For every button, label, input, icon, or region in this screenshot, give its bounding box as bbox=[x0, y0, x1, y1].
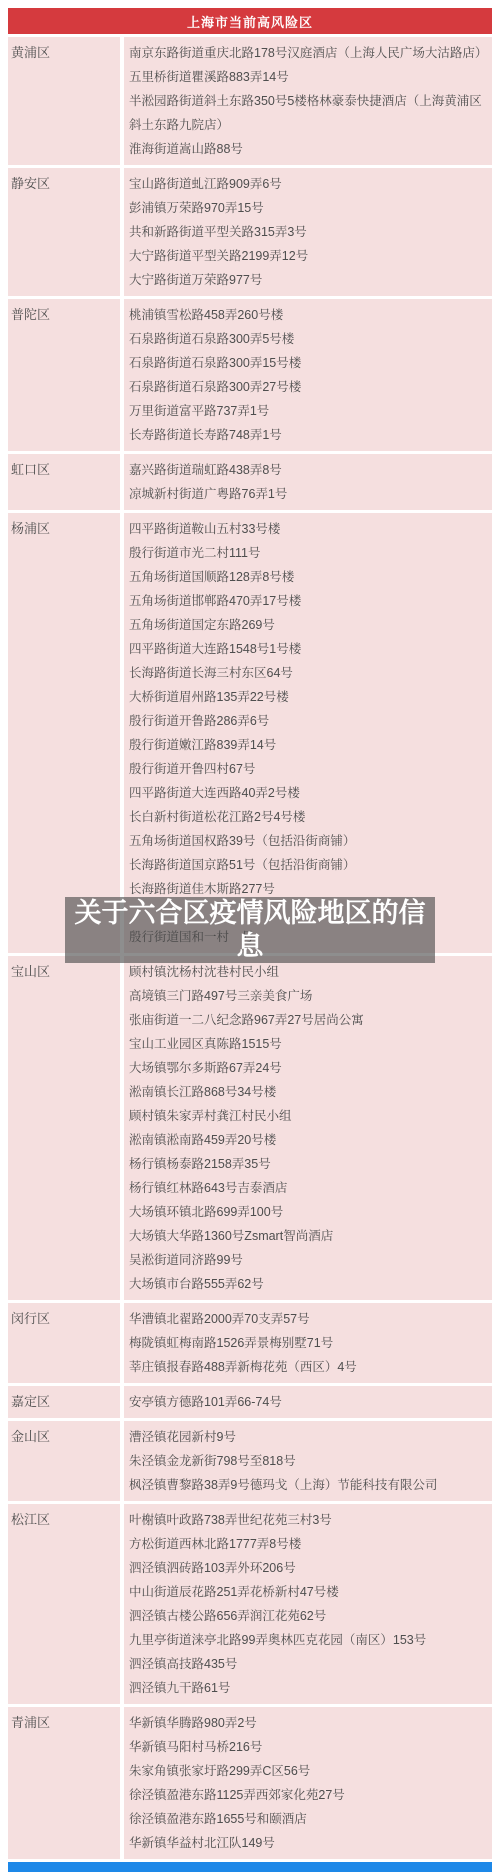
address-row: 张庙街道一二八纪念路967弄27号居尚公寓 bbox=[129, 1008, 484, 1032]
address-row: 共和新路街道平型关路315弄3号 bbox=[129, 220, 484, 244]
address-row: 五角场街道国顺路128弄8号楼 bbox=[129, 565, 484, 589]
address-row: 宝山路街道虬江路909弄6号 bbox=[129, 172, 484, 196]
address-row: 四平路街道大连西路40弄2号楼 bbox=[129, 781, 484, 805]
address-row: 莘庄镇报春路488弄新梅花苑（西区）4号 bbox=[129, 1355, 484, 1379]
address-row: 长海路街道长海三村东区64号 bbox=[129, 661, 484, 685]
address-row: 枫泾镇曹黎路38弄9号德玛戈（上海）节能科技有限公司 bbox=[129, 1473, 484, 1497]
address-row: 殷行街道开鲁路286弄6号 bbox=[129, 709, 484, 733]
address-row: 吴淞街道同济路99号 bbox=[129, 1248, 484, 1272]
address-row: 顾村镇沈杨村沈巷村民小组 bbox=[129, 960, 484, 984]
address-row: 泗泾镇九干路61号 bbox=[129, 1676, 484, 1700]
district-name-cell: 普陀区 bbox=[8, 299, 120, 451]
address-row: 杨行镇杨泰路2158弄35号 bbox=[129, 1152, 484, 1176]
address-row: 长海路街道国京路51号（包括沿街商铺） bbox=[129, 853, 484, 877]
address-cell: 安亭镇方德路101弄66-74号 bbox=[124, 1386, 492, 1418]
address-row: 顾村镇朱家弄村龚江村民小组 bbox=[129, 1104, 484, 1128]
district-group: 青浦区华新镇华腾路980弄2号华新镇马阳村马桥216号朱家角镇张家圩路299弄C… bbox=[8, 1707, 492, 1859]
address-row: 安亭镇方德路101弄66-74号 bbox=[129, 1390, 484, 1414]
district-group: 静安区宝山路街道虬江路909弄6号彭浦镇万荣路970弄15号共和新路街道平型关路… bbox=[8, 168, 492, 296]
address-row: 殷行街道嫩江路839弄14号 bbox=[129, 733, 484, 757]
address-row: 石泉路街道石泉路300弄5号楼 bbox=[129, 327, 484, 351]
bottom-progress-bar bbox=[8, 1862, 492, 1872]
district-name-cell: 青浦区 bbox=[8, 1707, 120, 1859]
video-caption-overlay: 关于六合区疫情风险地区的信息 bbox=[65, 897, 435, 963]
district-name-cell: 闵行区 bbox=[8, 1303, 120, 1383]
address-row: 华新镇华腾路980弄2号 bbox=[129, 1711, 484, 1735]
address-row: 泗泾镇古楼公路656弄润江花苑62号 bbox=[129, 1604, 484, 1628]
address-row: 大场镇环镇北路699弄100号 bbox=[129, 1200, 484, 1224]
address-row: 大宁路街道平型关路2199弄12号 bbox=[129, 244, 484, 268]
address-row: 朱家角镇张家圩路299弄C区56号 bbox=[129, 1759, 484, 1783]
address-row: 朱泾镇金龙新街798号至818号 bbox=[129, 1449, 484, 1473]
address-row: 桃浦镇雪松路458弄260号楼 bbox=[129, 303, 484, 327]
address-row: 殷行街道开鲁四村67号 bbox=[129, 757, 484, 781]
address-row: 高境镇三门路497号三亲美食广场 bbox=[129, 984, 484, 1008]
address-row: 淞南镇淞南路459弄20号楼 bbox=[129, 1128, 484, 1152]
address-row: 大宁路街道万荣路977号 bbox=[129, 268, 484, 292]
address-row: 华漕镇北翟路2000弄70支弄57号 bbox=[129, 1307, 484, 1331]
address-row: 石泉路街道石泉路300弄27号楼 bbox=[129, 375, 484, 399]
address-row: 大桥街道眉州路135弄22号楼 bbox=[129, 685, 484, 709]
address-row: 淞南镇长江路868号34号楼 bbox=[129, 1080, 484, 1104]
address-row: 彭浦镇万荣路970弄15号 bbox=[129, 196, 484, 220]
district-group: 宝山区顾村镇沈杨村沈巷村民小组高境镇三门路497号三亲美食广场张庙街道一二八纪念… bbox=[8, 956, 492, 1300]
district-group: 松江区叶榭镇叶政路738弄世纪花苑三村3号方松街道西林北路1777弄8号楼泗泾镇… bbox=[8, 1504, 492, 1704]
address-row: 中山街道辰花路251弄花桥新村47号楼 bbox=[129, 1580, 484, 1604]
overlay-title: 关于六合区疫情风险地区的信息 bbox=[72, 897, 428, 963]
address-row: 九里亭街道涞亭北路99弄奥林匹克花园（南区）153号 bbox=[129, 1628, 484, 1652]
address-row: 叶榭镇叶政路738弄世纪花苑三村3号 bbox=[129, 1508, 484, 1532]
address-cell: 顾村镇沈杨村沈巷村民小组高境镇三门路497号三亲美食广场张庙街道一二八纪念路96… bbox=[124, 956, 492, 1300]
district-name-cell: 金山区 bbox=[8, 1421, 120, 1501]
address-row: 大场镇市台路555弄62号 bbox=[129, 1272, 484, 1296]
address-row: 泗泾镇泗砖路103弄外环206号 bbox=[129, 1556, 484, 1580]
address-row: 淮海街道嵩山路88号 bbox=[129, 137, 484, 161]
address-row: 五角场街道国定东路269号 bbox=[129, 613, 484, 637]
address-cell: 叶榭镇叶政路738弄世纪花苑三村3号方松街道西林北路1777弄8号楼泗泾镇泗砖路… bbox=[124, 1504, 492, 1704]
risk-area-table-page: 上海市当前高风险区 黄浦区南京东路街道重庆北路178号汉庭酒店（上海人民广场大沽… bbox=[0, 0, 500, 1872]
district-name-cell: 松江区 bbox=[8, 1504, 120, 1704]
address-row: 五角场街道邯郸路470弄17号楼 bbox=[129, 589, 484, 613]
address-row: 宝山工业园区真陈路1515号 bbox=[129, 1032, 484, 1056]
address-row: 长白新村街道松花江路2号4号楼 bbox=[129, 805, 484, 829]
address-cell: 漕泾镇花园新村9号朱泾镇金龙新街798号至818号枫泾镇曹黎路38弄9号德玛戈（… bbox=[124, 1421, 492, 1501]
address-cell: 华新镇华腾路980弄2号华新镇马阳村马桥216号朱家角镇张家圩路299弄C区56… bbox=[124, 1707, 492, 1859]
district-name-cell: 宝山区 bbox=[8, 956, 120, 1300]
address-cell: 南京东路街道重庆北路178号汉庭酒店（上海人民广场大沽路店）五里桥街道瞿溪路88… bbox=[124, 37, 492, 165]
district-name-cell: 黄浦区 bbox=[8, 37, 120, 165]
address-row: 华新镇华益村北江队149号 bbox=[129, 1831, 484, 1855]
district-group: 闵行区华漕镇北翟路2000弄70支弄57号梅陇镇虹梅南路1526弄景梅别墅71号… bbox=[8, 1303, 492, 1383]
address-row: 漕泾镇花园新村9号 bbox=[129, 1425, 484, 1449]
address-row: 四平路街道大连路1548号1号楼 bbox=[129, 637, 484, 661]
address-row: 方松街道西林北路1777弄8号楼 bbox=[129, 1532, 484, 1556]
address-row: 半淞园路街道斜土东路350号5楼格林豪泰快捷酒店（上海黄浦区斜土东路九院店） bbox=[129, 89, 484, 137]
district-group: 嘉定区安亭镇方德路101弄66-74号 bbox=[8, 1386, 492, 1418]
address-cell: 桃浦镇雪松路458弄260号楼石泉路街道石泉路300弄5号楼石泉路街道石泉路30… bbox=[124, 299, 492, 451]
address-row: 五角场街道国权路39号（包括沿街商铺） bbox=[129, 829, 484, 853]
district-group: 黄浦区南京东路街道重庆北路178号汉庭酒店（上海人民广场大沽路店）五里桥街道瞿溪… bbox=[8, 37, 492, 165]
address-row: 石泉路街道石泉路300弄15号楼 bbox=[129, 351, 484, 375]
district-group: 金山区漕泾镇花园新村9号朱泾镇金龙新街798号至818号枫泾镇曹黎路38弄9号德… bbox=[8, 1421, 492, 1501]
address-row: 殷行街道市光二村111号 bbox=[129, 541, 484, 565]
table-header: 上海市当前高风险区 bbox=[8, 8, 492, 34]
address-row: 大场镇鄂尔多斯路67弄24号 bbox=[129, 1056, 484, 1080]
address-row: 徐泾镇盈港东路1655号和颐酒店 bbox=[129, 1807, 484, 1831]
district-name-cell: 嘉定区 bbox=[8, 1386, 120, 1418]
address-row: 四平路街道鞍山五村33号楼 bbox=[129, 517, 484, 541]
address-cell: 华漕镇北翟路2000弄70支弄57号梅陇镇虹梅南路1526弄景梅别墅71号莘庄镇… bbox=[124, 1303, 492, 1383]
address-cell: 四平路街道鞍山五村33号楼殷行街道市光二村111号五角场街道国顺路128弄8号楼… bbox=[124, 513, 492, 953]
address-row: 梅陇镇虹梅南路1526弄景梅别墅71号 bbox=[129, 1331, 484, 1355]
district-group: 普陀区桃浦镇雪松路458弄260号楼石泉路街道石泉路300弄5号楼石泉路街道石泉… bbox=[8, 299, 492, 451]
address-cell: 嘉兴路街道瑞虹路438弄8号凉城新村街道广粤路76弄1号 bbox=[124, 454, 492, 510]
address-row: 万里街道富平路737弄1号 bbox=[129, 399, 484, 423]
address-row: 大场镇大华路1360号Zsmart智尚酒店 bbox=[129, 1224, 484, 1248]
address-row: 嘉兴路街道瑞虹路438弄8号 bbox=[129, 458, 484, 482]
district-group: 杨浦区四平路街道鞍山五村33号楼殷行街道市光二村111号五角场街道国顺路128弄… bbox=[8, 513, 492, 953]
address-row: 泗泾镇高技路435号 bbox=[129, 1652, 484, 1676]
address-row: 徐泾镇盈港东路1125弄西郊家化苑27号 bbox=[129, 1783, 484, 1807]
address-row: 长寿路街道长寿路748弄1号 bbox=[129, 423, 484, 447]
district-group: 虹口区嘉兴路街道瑞虹路438弄8号凉城新村街道广粤路76弄1号 bbox=[8, 454, 492, 510]
district-name-cell: 静安区 bbox=[8, 168, 120, 296]
address-row: 五里桥街道瞿溪路883弄14号 bbox=[129, 65, 484, 89]
district-name-cell: 杨浦区 bbox=[8, 513, 120, 953]
address-row: 凉城新村街道广粤路76弄1号 bbox=[129, 482, 484, 506]
address-row: 杨行镇红林路643号吉泰酒店 bbox=[129, 1176, 484, 1200]
address-cell: 宝山路街道虬江路909弄6号彭浦镇万荣路970弄15号共和新路街道平型关路315… bbox=[124, 168, 492, 296]
table-title: 上海市当前高风险区 bbox=[187, 12, 313, 31]
address-row: 南京东路街道重庆北路178号汉庭酒店（上海人民广场大沽路店） bbox=[129, 41, 484, 65]
address-row: 华新镇马阳村马桥216号 bbox=[129, 1735, 484, 1759]
district-name-cell: 虹口区 bbox=[8, 454, 120, 510]
